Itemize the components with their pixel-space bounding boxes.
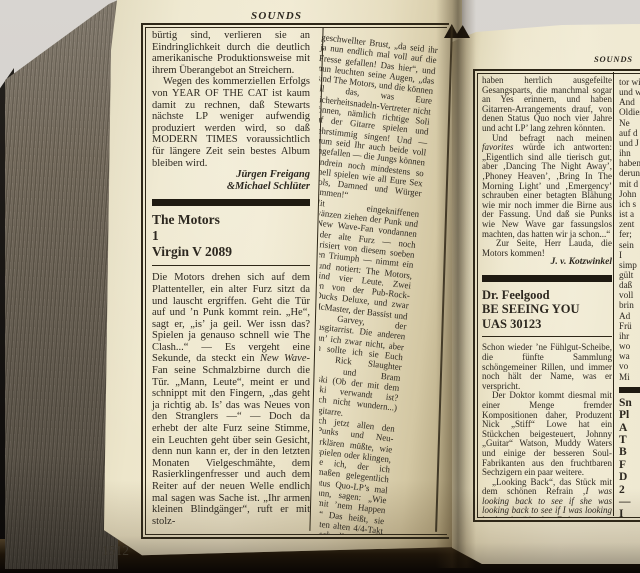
byline-line: J. v. Kotzwinkel <box>482 258 612 268</box>
paragraph: Mit eingekniffenen Schwänzen ziehen der … <box>319 196 420 424</box>
text-segment: Die Motors drehen sich auf dem Plattente… <box>152 272 310 364</box>
italic-segment: New Wave <box>260 353 307 364</box>
closing-callout: Zur Seite, Herr Lauda, die Motors kommen… <box>482 239 612 258</box>
artist-name: Dr. Feelgood <box>482 288 612 303</box>
paragraph-stewart: Wegen des kommerziellen Erfolgs von YEAR… <box>152 76 310 169</box>
right-column-2-clipped: tor wi und w And Oldies Ne auf d und J i… <box>619 77 640 521</box>
text-segment: -Fan seine Schmalzbirne durch die Tür. „… <box>152 353 310 526</box>
paragraph: Der Doktor kommt diesmal mit einer Menge… <box>482 391 612 477</box>
clipped-text-fragments: tor wi und w And Oldies Ne auf d und J i… <box>619 77 640 382</box>
heading-rule <box>482 336 612 337</box>
clipped-review-heading: Sn Pl A T B F D 2 — I <box>619 397 640 521</box>
italic-segment: favorites <box>482 142 514 152</box>
paragraph: Wenn ich jetzt allen den anderen Punks u… <box>319 411 395 535</box>
review-body: Die Motors drehen sich auf dem Plattente… <box>152 272 310 527</box>
paragraph: Und befragt nach meinen favorites würde … <box>482 134 612 240</box>
book-photo: SOUNDS SOUNDS 1512 bürtig sind, verliere… <box>0 0 640 573</box>
byline-line: Jürgen Freigang <box>152 169 310 181</box>
section-divider-bar <box>619 387 640 393</box>
paragraph: haben herrlich ausgefeilte Gesangsparts,… <box>482 76 612 134</box>
paragraph-stewart-continuation: bürtig sind, verlieren sie an Eindringli… <box>152 30 310 76</box>
section-divider-bar <box>152 199 310 206</box>
left-column-2-clip: geschwellter Brust, „da seid ihr ja nun … <box>319 25 449 535</box>
paragraph: „Looking Back“, das Stück mit dem schöne… <box>482 478 612 517</box>
left-column-1: bürtig sind, verlieren sie an Eindringli… <box>152 30 310 527</box>
heading-rule <box>152 265 310 266</box>
album-title: BE SEEING YOU <box>482 302 612 317</box>
artist-name: The Motors <box>152 212 310 228</box>
page-number: 1512 <box>102 543 129 559</box>
review-heading-motors: The Motors 1 Virgin V 2089 <box>152 212 310 260</box>
right-column-1-clip: haben herrlich ausgefeilte Gesangsparts,… <box>482 76 612 517</box>
text-segment: Und befragt nach meinen <box>492 133 612 143</box>
text-segment: würde ich antworten: „Eigentlich sind al… <box>482 142 612 238</box>
left-running-head: SOUNDS <box>251 10 302 22</box>
left-column-2: geschwellter Brust, „da seid ihr ja nun … <box>319 32 438 535</box>
page-edge-stack <box>5 0 118 569</box>
right-column-1: haben herrlich ausgefeilte Gesangsparts,… <box>482 76 612 517</box>
paragraph: geschwellter Brust, „da seid ihr ja nun … <box>319 32 438 209</box>
catalog-number: Virgin V 2089 <box>152 244 310 260</box>
section-divider-bar <box>482 275 612 282</box>
paragraph: Schon wieder ’ne Fühlgut-Scheibe, die fü… <box>482 343 612 391</box>
album-title: 1 <box>152 228 310 244</box>
text-segment: “ ist dem Dok- <box>523 515 576 517</box>
right-column-divider <box>613 72 614 516</box>
review-heading-dr-feelgood: Dr. Feelgood BE SEEING YOU UAS 30123 <box>482 288 612 332</box>
right-running-head: SOUNDS <box>594 54 633 64</box>
catalog-number: UAS 30123 <box>482 317 612 332</box>
byline-line: &Michael Schlüter <box>152 181 310 193</box>
